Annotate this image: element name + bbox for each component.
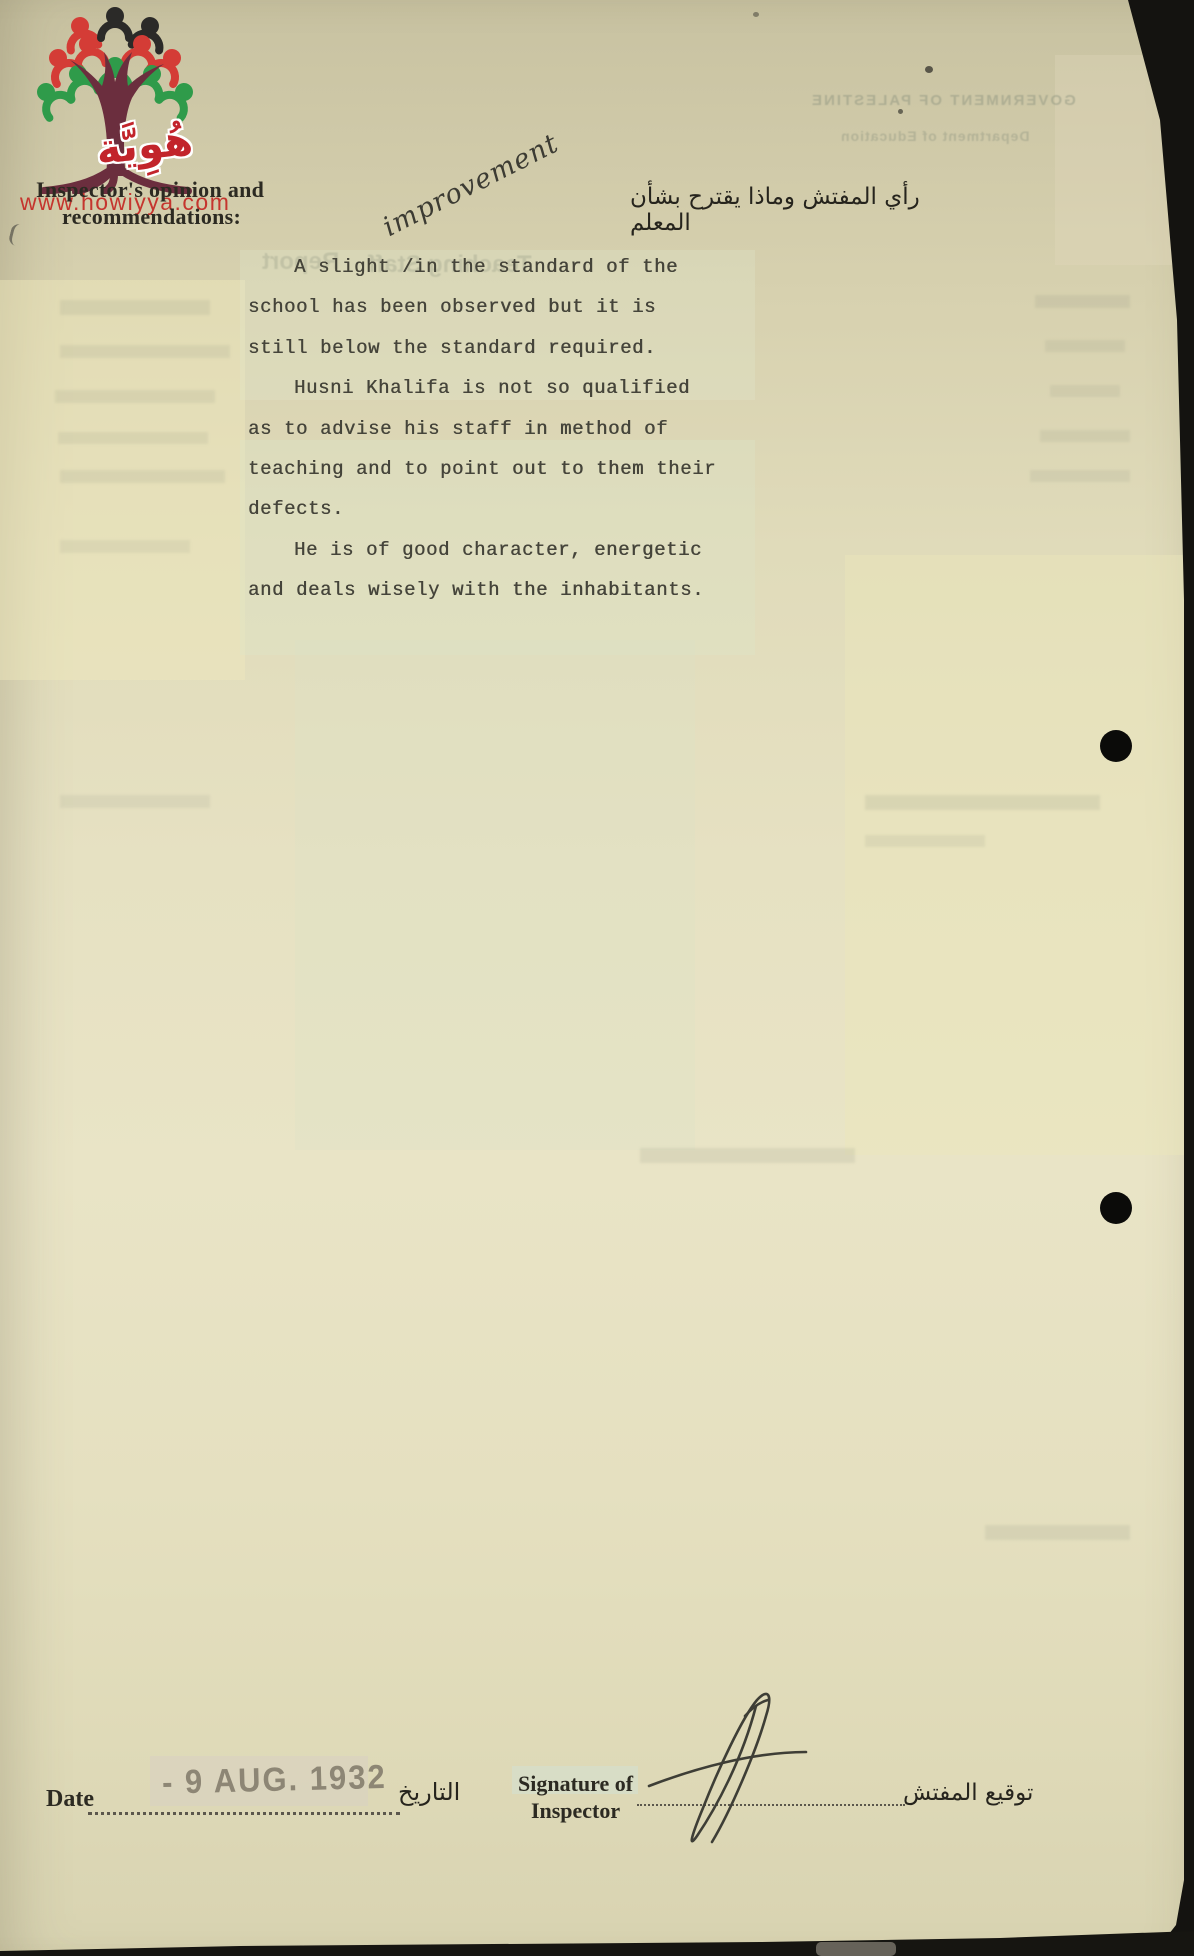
signature-label-line1: Signature of [518, 1770, 633, 1797]
signature-label-line2: Inspector [518, 1797, 633, 1824]
inspector-opinion-label-line1: Inspector's opinion and [36, 176, 264, 203]
typed-line: school has been observed but it is [248, 296, 768, 336]
inspector-opinion-label-arabic: رأي المفتش وماذا يقترح بشأن المعلم [630, 184, 925, 236]
hole-punch-dot [1100, 1192, 1132, 1224]
typed-report-text: A slight /in the standard of the school … [248, 256, 768, 620]
brand-calligraphy-text: هُوِيَّة [94, 115, 195, 174]
ink-speck [898, 109, 903, 114]
typed-line: and deals wisely with the inhabitants. [248, 579, 768, 619]
typed-line: Husni Khalifa is not so qualified [248, 377, 768, 417]
typed-line: teaching and to point out to them their [248, 458, 768, 498]
inspector-opinion-label-line2: recommendations: [36, 203, 264, 230]
typed-line: as to advise his staff in method of [248, 418, 768, 458]
date-stamp: - 9 AUG. 1932 [162, 1758, 388, 1803]
typed-line: A slight /in the standard of the [248, 256, 768, 296]
howiyya-tree-logo: هُوِيَّة [30, 4, 200, 194]
typed-line: defects. [248, 498, 768, 538]
typed-line: still below the standard required. [248, 337, 768, 377]
signature-label: Signature of Inspector [518, 1770, 633, 1824]
scanned-document-page: GOVERNMENT OF PALESTINE Department of Ed… [0, 0, 1194, 1956]
typed-line: He is of good character, energetic [248, 539, 768, 579]
signature-label-arabic: توقيع المفتش [903, 1780, 1033, 1806]
ink-speck [925, 66, 933, 73]
hole-punch-dot [1100, 730, 1132, 762]
inspector-opinion-label: Inspector's opinion and recommendations: [36, 176, 264, 230]
date-label-arabic: التاريخ [398, 1778, 460, 1806]
ink-speck [753, 12, 759, 17]
signature-dotted-line [637, 1780, 905, 1806]
date-label: Date [46, 1786, 94, 1813]
